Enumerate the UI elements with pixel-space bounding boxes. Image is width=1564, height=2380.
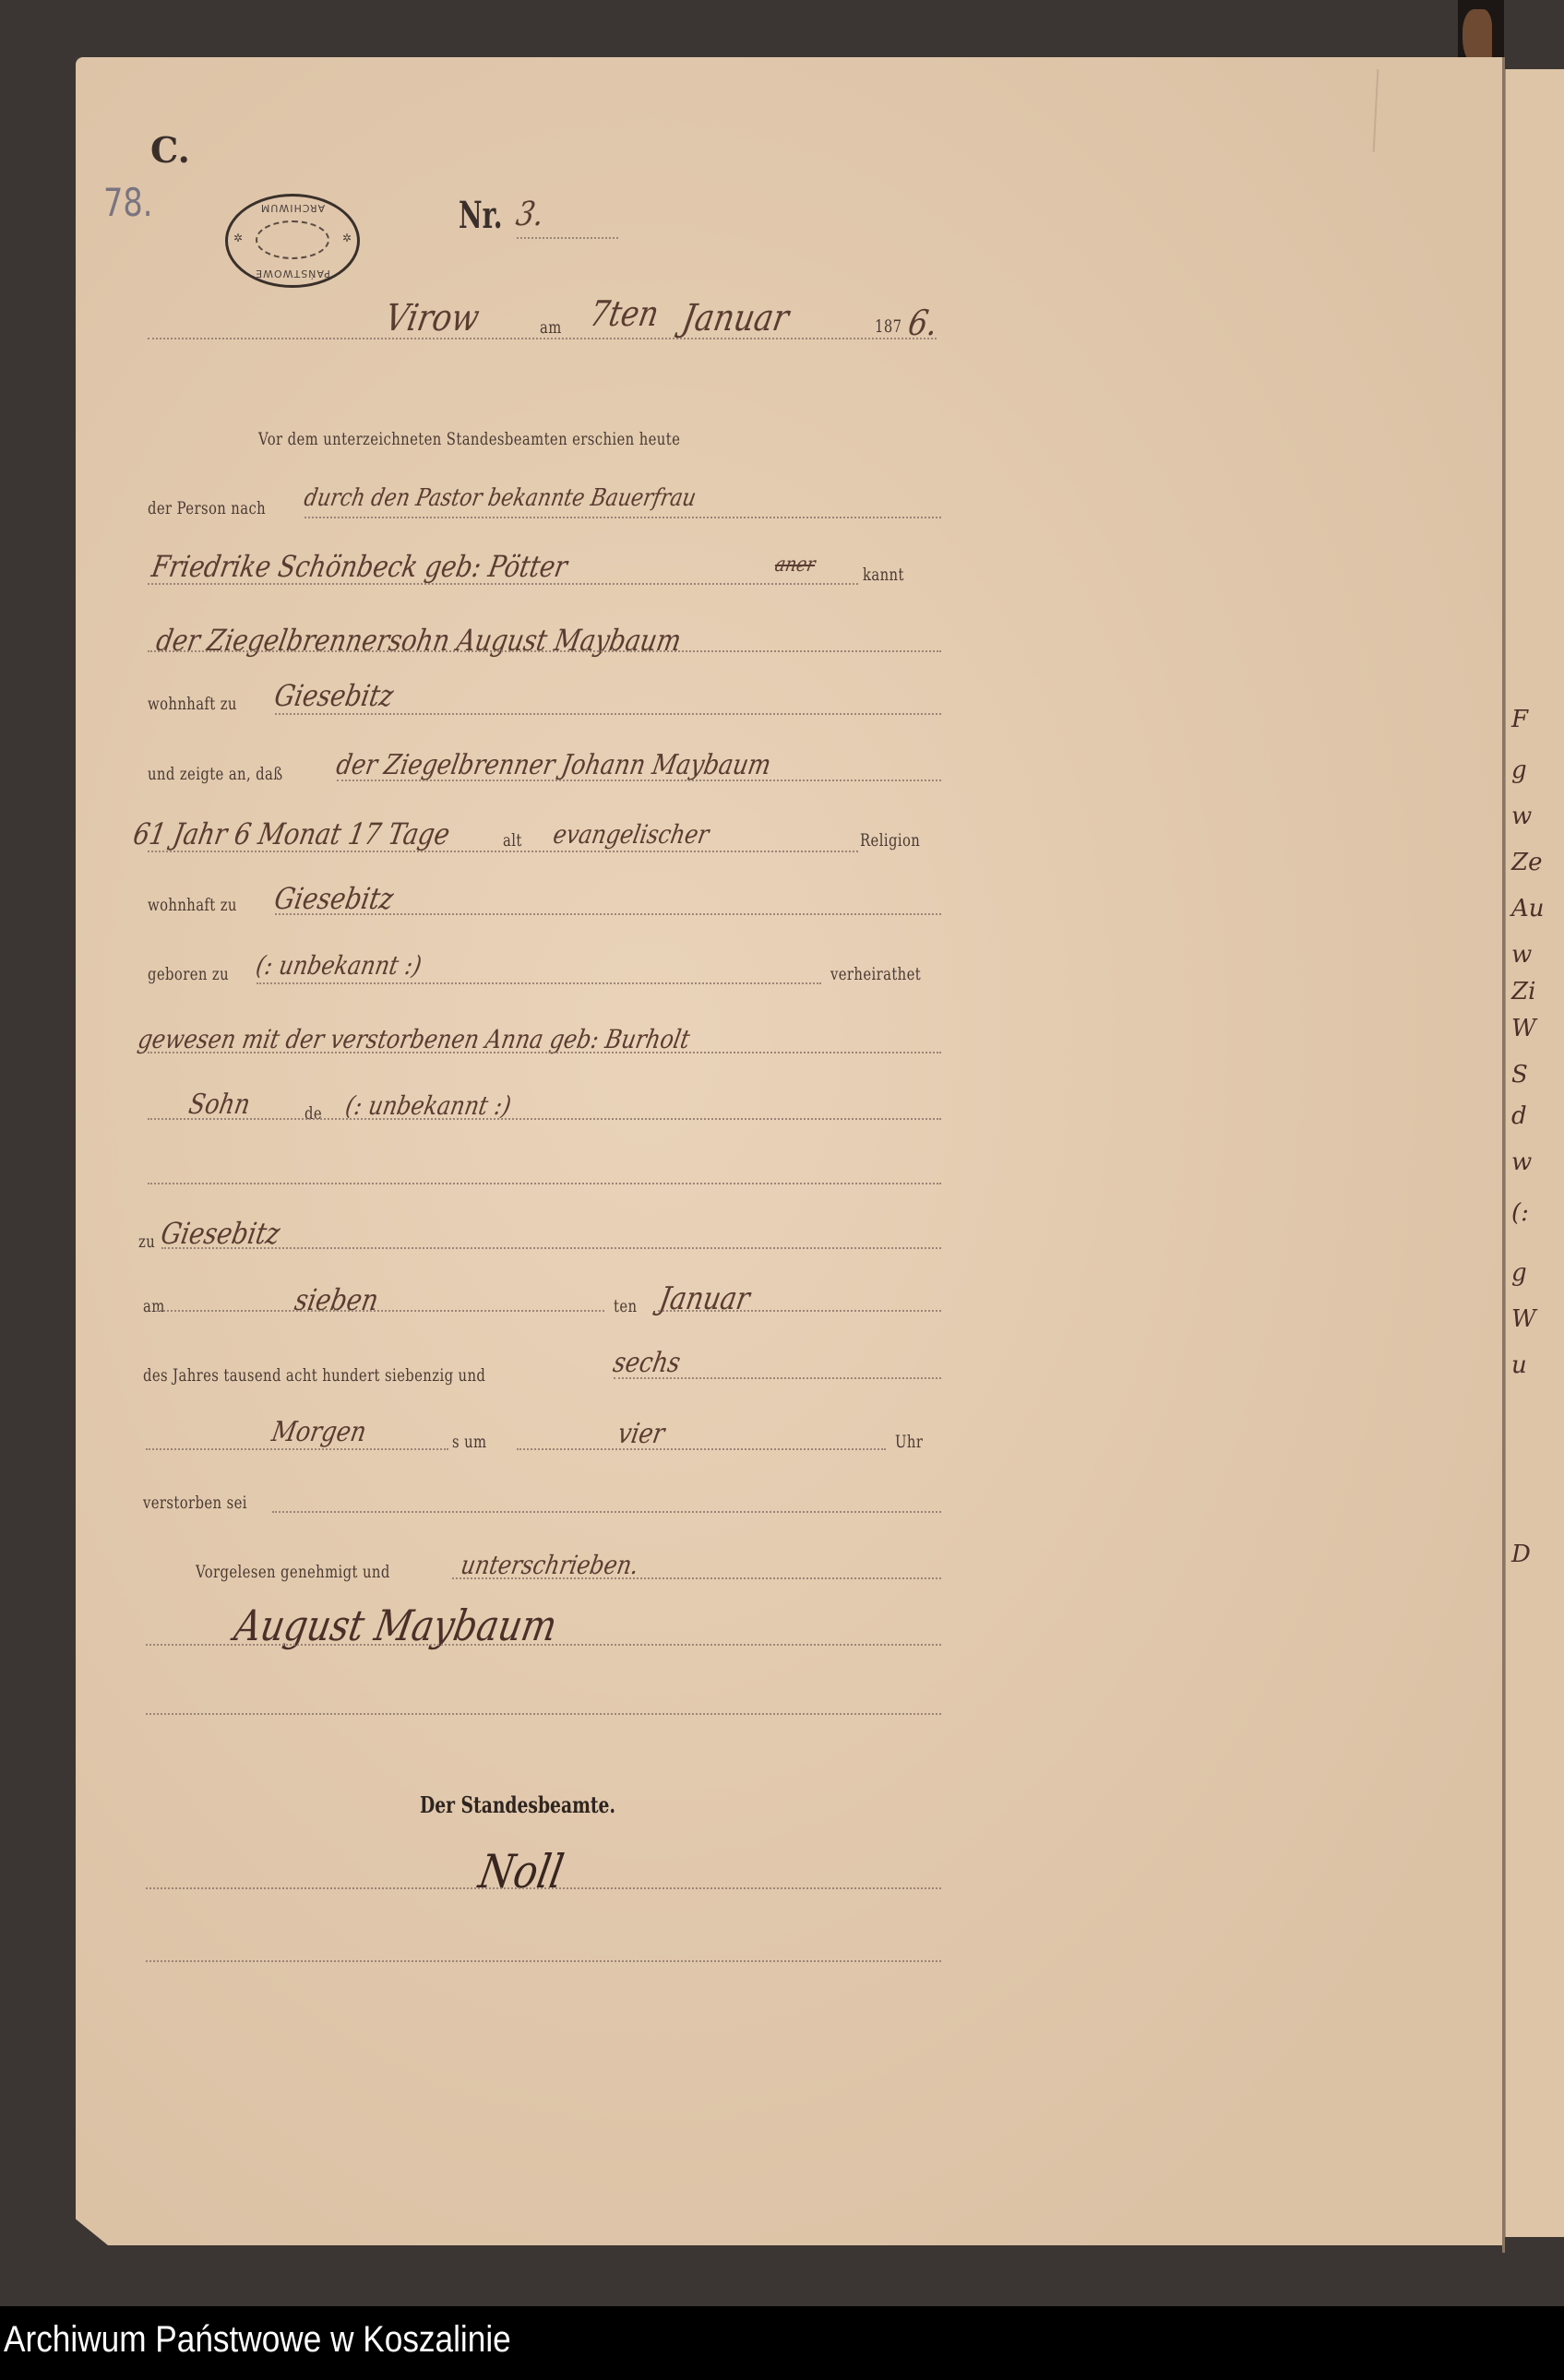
dotted-line <box>148 338 937 339</box>
declarant-value: der Ziegelbrennersohn August Maybaum <box>154 623 685 658</box>
de-label: de <box>304 1103 322 1124</box>
dotted-line <box>304 517 941 518</box>
dotted-line <box>161 1247 941 1249</box>
religion-value: evangelischer <box>551 819 711 850</box>
dotted-line <box>257 982 821 984</box>
stamp-bottom-text: PAŃSTWOWE <box>228 268 357 280</box>
dotted-line <box>148 1118 941 1120</box>
hour-value: vier <box>615 1418 667 1450</box>
am-label: am <box>143 1296 165 1316</box>
folio-number: 78. <box>103 180 152 225</box>
adjacent-text: S <box>1511 1061 1528 1089</box>
time-of-day-value: Morgen <box>269 1416 369 1448</box>
star-icon: ✲ <box>342 232 352 244</box>
document-page <box>76 57 1504 2245</box>
person-value: durch den Pastor bekannte Bauerfrau <box>302 484 698 512</box>
dotted-line <box>146 1448 448 1450</box>
born-value: (: unbekannt :) <box>254 950 424 981</box>
archive-stamp: ARCHIWUM ✲ ✲ PAŃSTWOWE <box>225 194 360 288</box>
struck-text: aner <box>773 553 818 577</box>
at-label: zu <box>138 1232 155 1252</box>
record-number-label: Nr. <box>459 194 503 237</box>
death-year-value: sechs <box>611 1347 683 1379</box>
adjacent-text: d <box>1511 1102 1527 1130</box>
dotted-line <box>148 1052 941 1053</box>
adjacent-text: w <box>1511 1148 1532 1176</box>
archive-footer: Archiwum Państwowe w Koszalinie <box>0 2306 1564 2380</box>
read-approved-label: Vorgelesen genehmigt und <box>196 1562 390 1582</box>
uhr-label: Uhr <box>895 1432 923 1452</box>
official-signature: Noll <box>475 1845 567 1898</box>
residence-label: wohnhaft zu <box>148 895 237 915</box>
adjacent-text: w <box>1511 803 1532 830</box>
adjacent-text: g <box>1511 1259 1527 1287</box>
dotted-line <box>337 779 941 781</box>
death-month-value: Januar <box>656 1280 752 1317</box>
adjacent-text: u <box>1511 1351 1527 1379</box>
religion-label: Religion <box>860 830 920 851</box>
age-value: 61 Jahr 6 Monat 17 Tage <box>131 816 453 851</box>
reported-label: und zeigte an, daß <box>148 764 283 784</box>
residence-value: Giesebitz <box>272 881 397 916</box>
signed-value: unterschrieben. <box>459 1550 641 1580</box>
dotted-line <box>146 1960 941 1962</box>
adjacent-text: Zi <box>1511 978 1535 1006</box>
intro-text: Vor dem unterzeichneten Standesbeamten e… <box>258 429 680 449</box>
parents-value: (: unbekannt :) <box>343 1090 514 1121</box>
informant-name: Friedrike Schönbeck geb: Pötter <box>149 549 570 584</box>
kannt-label: kannt <box>863 565 904 585</box>
month-value: Januar <box>679 297 793 339</box>
dotted-line <box>148 851 858 852</box>
ten-label: ten <box>614 1296 637 1316</box>
spouse-value: gewesen mit der verstorbenen Anna geb: B… <box>136 1024 692 1054</box>
year-text: des Jahres tausend acht hundert siebenzi… <box>143 1365 485 1386</box>
alt-label: alt <box>503 830 522 851</box>
dotted-line <box>517 1448 886 1450</box>
official-title: Der Standesbeamte. <box>420 1791 615 1818</box>
dotted-line <box>148 583 858 585</box>
adjacent-text: Ze <box>1511 849 1542 876</box>
dotted-line <box>452 1577 941 1579</box>
adjacent-text: g <box>1511 756 1527 784</box>
page-fold <box>1502 57 1505 2253</box>
stamp-inner-ring <box>256 220 329 259</box>
deceased-value: der Ziegelbrenner Johann Maybaum <box>334 749 773 781</box>
dotted-line <box>146 1713 941 1715</box>
archive-name: Archiwum Państwowe w Koszalinie <box>4 2319 511 2361</box>
declarant-signature: August Maybaum <box>231 1601 561 1650</box>
dotted-line <box>275 713 941 715</box>
day-value: 7ten <box>587 293 662 334</box>
section-letter: C. <box>150 129 190 171</box>
married-label: verheirathet <box>830 964 921 984</box>
residence-value: Giesebitz <box>272 678 397 713</box>
deceased-label: verstorben sei <box>143 1493 247 1513</box>
adjacent-text: W <box>1511 1015 1536 1042</box>
dotted-line <box>146 1644 941 1646</box>
star-icon: ✲ <box>233 232 243 244</box>
death-place-value: Giesebitz <box>159 1216 283 1251</box>
person-label: der Person nach <box>148 498 266 518</box>
dotted-line <box>517 237 618 239</box>
adjacent-text: w <box>1511 941 1532 969</box>
residence-label: wohnhaft zu <box>148 694 237 714</box>
adjacent-text: W <box>1511 1305 1536 1333</box>
dotted-line <box>275 913 941 915</box>
adjacent-text: D <box>1511 1541 1531 1568</box>
son-value: Sohn <box>186 1089 253 1121</box>
place-value: Virow <box>382 297 483 339</box>
adjacent-text: Au <box>1511 895 1545 922</box>
adjacent-text: (: <box>1511 1199 1529 1227</box>
stamp-top-text: ARCHIWUM <box>228 202 357 214</box>
year-printed: 187 <box>875 316 901 337</box>
dotted-line <box>148 650 941 652</box>
am-label: am <box>540 317 562 338</box>
dotted-line <box>148 1183 941 1184</box>
born-label: geboren zu <box>148 964 229 984</box>
dotted-line <box>272 1511 941 1513</box>
dotted-line <box>157 1310 604 1312</box>
adjacent-text: F <box>1511 706 1528 733</box>
um-label: s um <box>452 1432 486 1452</box>
death-day-value: sieben <box>293 1282 382 1317</box>
dotted-line <box>614 1377 941 1379</box>
dotted-line <box>658 1310 941 1312</box>
dotted-line <box>146 1887 941 1889</box>
